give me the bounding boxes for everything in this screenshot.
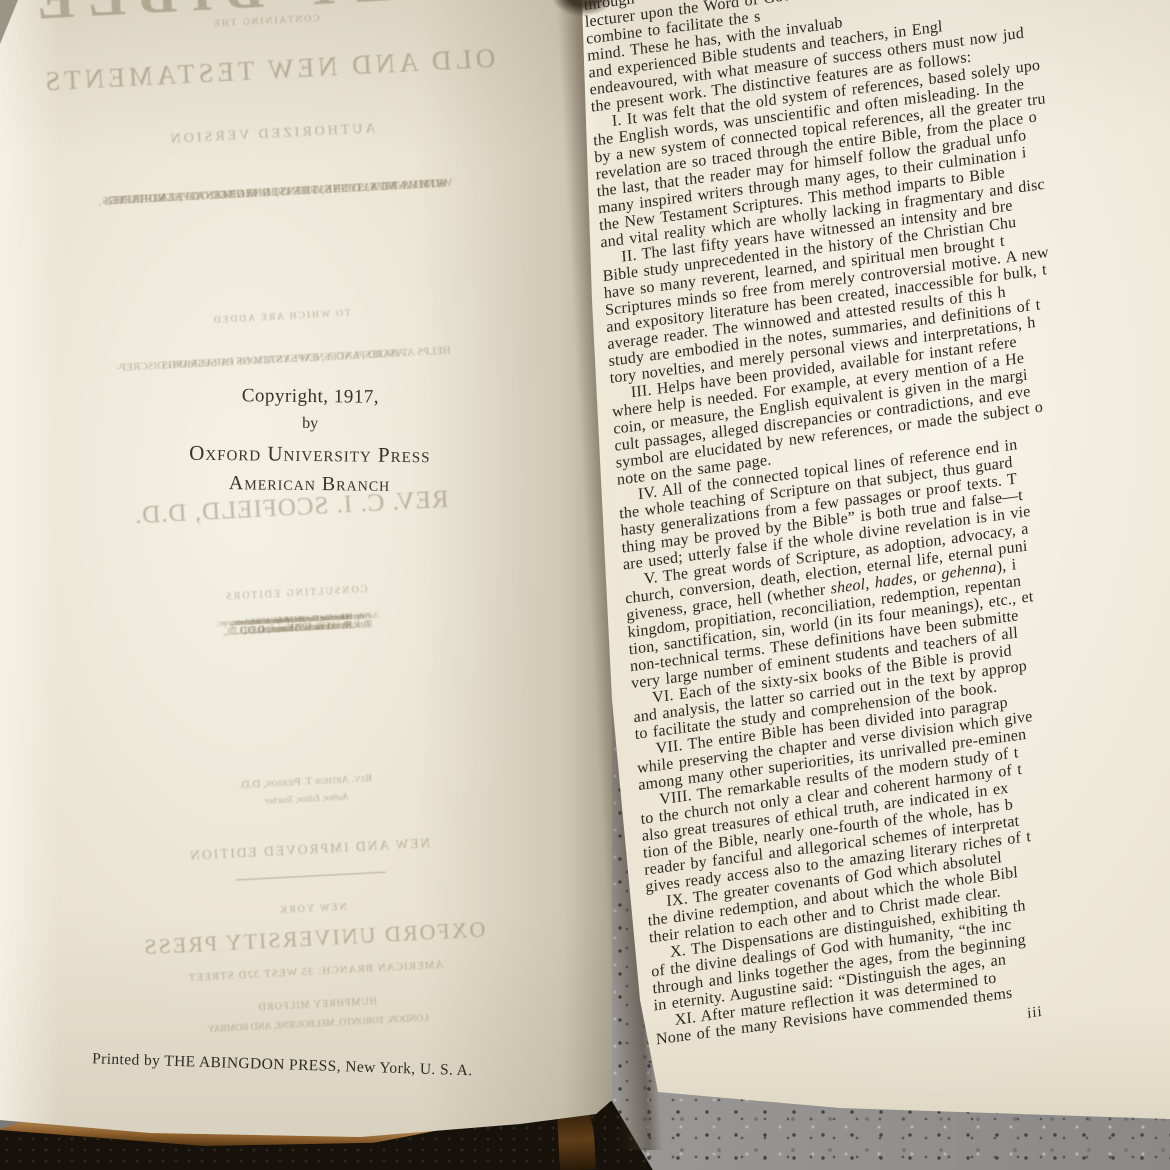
show-through-title-page: HOLY BIBLE CONTAINING THE OLD AND NEW TE…: [0, 0, 603, 1134]
copyright-branch-line: American Branch: [149, 471, 469, 497]
ghost-to-which: TO WHICH ARE ADDED: [1, 298, 561, 337]
ghost-subtitle: WITH A NEW SYSTEM OF CONNECTED TOPICAL R…: [0, 166, 554, 195]
ghost-version: AUTHORIZED VERSION: [0, 112, 552, 157]
ghost-testaments: OLD AND NEW TESTAMENTS: [0, 40, 549, 100]
introduction-text-lines: Ththroughlecturer upon the Word of Godco…: [582, 0, 1170, 1048]
copyright-by-line: by: [150, 413, 470, 434]
introduction-text-block: Ththroughlecturer upon the Word of Godco…: [582, 0, 1170, 1071]
ghost-subtitle-line: SUMMARIES, DEFINITIONS, CHRONOLOGY, AND …: [0, 166, 555, 220]
copyright-publisher-line: Oxford University Press: [150, 440, 470, 468]
gutter-top-shadow: [552, 0, 614, 16]
ghost-helps: HELPS AT HARD PLACES, EXPLANATIONS OF SE…: [3, 334, 562, 363]
ghost-rule: [236, 872, 386, 881]
left-page: HOLY BIBLE CONTAINING THE OLD AND NEW TE…: [0, 0, 612, 1142]
copyright-block: Copyright, 1917, by Oxford University Pr…: [149, 384, 470, 497]
book-photo: HOLY BIBLE CONTAINING THE OLD AND NEW TE…: [0, 0, 1170, 1170]
ghost-edition-line: NEW AND IMPROVED EDITION: [29, 827, 589, 872]
copyright-year-line: Copyright, 1917,: [150, 384, 470, 409]
ghost-helps-line: ANCIES, AND A NEW SYSTEM OF PARAGRAPHS: [3, 334, 563, 386]
